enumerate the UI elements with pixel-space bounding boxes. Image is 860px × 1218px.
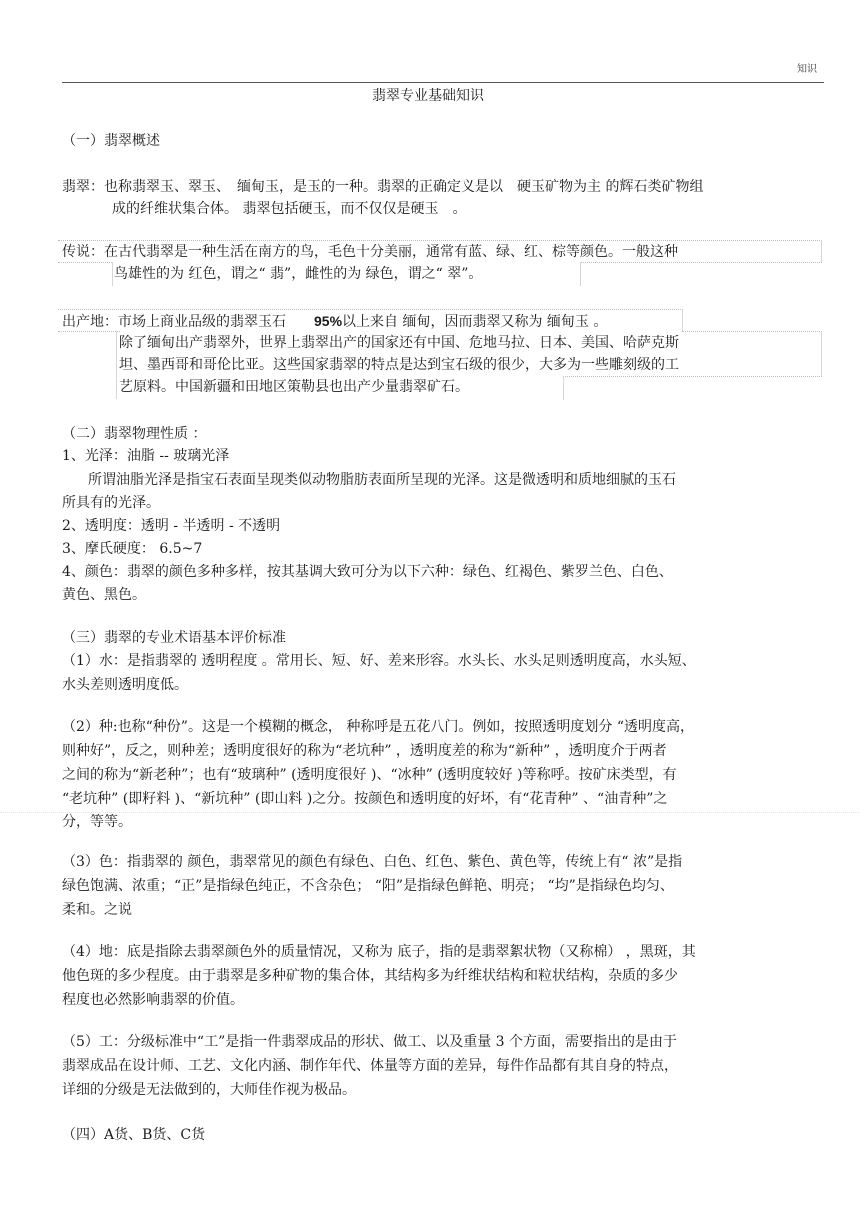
- list-item: 所谓油脂光泽是指宝石表面呈现类似动物脂肪表面所呈现的光泽。这是微透明和质地细腻的…: [74, 470, 676, 490]
- textbox-border: [580, 262, 581, 286]
- origin-label-text: 出产地：市场上商业品级的翡翠玉石: [62, 314, 300, 330]
- textbox-border: [58, 309, 683, 310]
- paragraph-water-line: （1）水：是指翡翠的 透明程度 。常用长、短、好、差来形容。水头长、水头足则透明…: [62, 651, 696, 671]
- paragraph-origin-line: 除了缅甸出产翡翠外，世界上翡翠出产的国家还有中国、危地马拉、日本、美国、哈萨克斯: [119, 333, 679, 353]
- textbox-border: [682, 309, 683, 331]
- textbox-border: [563, 376, 822, 377]
- paragraph-di-line: （4）地：底是指除去翡翠颜色外的质量情况，又称为 底子，指的是翡翠絮状物（又称棉…: [62, 942, 696, 962]
- section-heading-overview: （一）翡翠概述: [62, 131, 160, 151]
- paragraph-color-line: 绿色饱满、浓重；“正”是指绿色纯正，不含杂色； “阳”是指绿色鲜艳、明亮； “均…: [62, 876, 674, 896]
- paragraph-feicui-line: 成的纤维状集合体。 翡翠包括硬玉，而不仅仅是硬玉 。: [112, 199, 466, 219]
- textbox-border: [58, 262, 112, 263]
- paragraph-gong-line: 翡翠成品在设计师、工艺、文化内涵、制作年代、体量等方面的差异，每件作品都有其自身…: [62, 1056, 678, 1076]
- textbox-border: [116, 331, 117, 399]
- section-heading-terms: （三）翡翠的专业术语基本评价标准: [62, 628, 286, 648]
- header-rule: [62, 82, 824, 83]
- origin-percent: 95%: [314, 313, 342, 329]
- textbox-border: [58, 240, 822, 241]
- textbox-border: [112, 262, 113, 286]
- list-item: 3、摩氏硬度： 6.5~7: [62, 539, 202, 559]
- textbox-border: [580, 262, 822, 263]
- paragraph-origin-line: 艺原料。中国新疆和田地区策勒县也出产少量翡翠矿石。: [119, 377, 469, 397]
- paragraph-zhong-line: 之间的称为“新老种”；也有“玻璃种” (透明度很好 )、“冰种” (透明度较好 …: [62, 765, 677, 785]
- list-item: 1、光泽：油脂 -- 玻璃光泽: [62, 446, 229, 466]
- paragraph-zhong-line: “老坑种” (即籽料 )、“新坑种” (即山料 )之分。按颜色和透明度的好坏，有…: [62, 789, 667, 809]
- paragraph-feicui-line: 翡翠：也称翡翠玉、翠玉、 缅甸玉，是玉的一种。翡翠的正确定义是以 硬玉矿物为主 …: [62, 177, 703, 197]
- section-heading-physical: （二）翡翠物理性质 ：: [62, 424, 206, 444]
- paragraph-gong-line: 详细的分级是无法做到的，大师佳作视为极品。: [62, 1080, 356, 1100]
- paragraph-legend-line: 传说：在古代翡翠是一种生活在南方的鸟，毛色十分美丽，通常有蓝、绿、红、棕等颜色。…: [62, 242, 678, 262]
- list-item: 黄色、黑色。: [62, 585, 146, 605]
- paragraph-gong-line: （5）工：分级标准中“工”是指一件翡翠成品的形状、做工、以及重量 3 个方面，需…: [62, 1032, 677, 1052]
- paragraph-origin-line: 坦、墨西哥和哥伦比亚。这些国家翡翠的特点是达到宝石级的很少，大多为一些雕刻级的工: [119, 355, 679, 375]
- paragraph-di-line: 程度也必然影响翡翠的价值。: [62, 990, 244, 1010]
- list-item: 所具有的光泽。: [62, 493, 160, 513]
- textbox-border: [682, 331, 822, 332]
- paragraph-zhong-line: 则种好”，反之，则种差；透明度很好的称为“老坑种” ，透明度差的称为“新种” ，…: [62, 741, 667, 761]
- paragraph-color-line: （3）色：指翡翠的 颜色，翡翠常见的颜色有绿色、白色、红色、紫色、黄色等，传统上…: [62, 852, 682, 872]
- running-header-tag: 知识: [797, 60, 817, 80]
- paragraph-di-line: 他色斑的多少程度。由于翡翠是多种矿物的集合体，其结构多为纤维状结构和粒状结构，杂…: [62, 966, 678, 986]
- textbox-border: [821, 240, 822, 262]
- paragraph-origin-line: 出产地：市场上商业品级的翡翠玉石 95%以上来自 缅甸，因而翡翠又称为 缅甸玉 …: [62, 311, 607, 332]
- section-heading-grades: （四）A货、B货、C货: [62, 1125, 205, 1145]
- textbox-border: [821, 331, 822, 376]
- page-title: 翡翠专业基础知识: [372, 86, 484, 106]
- list-item: 2、透明度：透明 - 半透明 - 不透明: [62, 516, 280, 536]
- paragraph-legend-line: 鸟雄性的为 红色，谓之“ 翡”，雌性的为 绿色，谓之“ 翠”。: [114, 264, 482, 284]
- paragraph-zhong-line: （2）种:也称“种份”。这是一个模糊的概念， 种称呼是五花八门。例如，按照透明度…: [62, 717, 694, 737]
- paragraph-color-line: 柔和。之说: [62, 900, 132, 920]
- list-item: 4、颜色：翡翠的颜色多种多样，按其基调大致可分为以下六种：绿色、红褐色、紫罗兰色…: [62, 562, 673, 582]
- origin-tail-text: 以上来自 缅甸，因而翡翠又称为 缅甸玉 。: [342, 314, 607, 330]
- paragraph-water-line: 水头差则透明度低。: [62, 675, 188, 695]
- textbox-border: [563, 376, 564, 400]
- paragraph-zhong-line: 分，等等。: [62, 812, 132, 832]
